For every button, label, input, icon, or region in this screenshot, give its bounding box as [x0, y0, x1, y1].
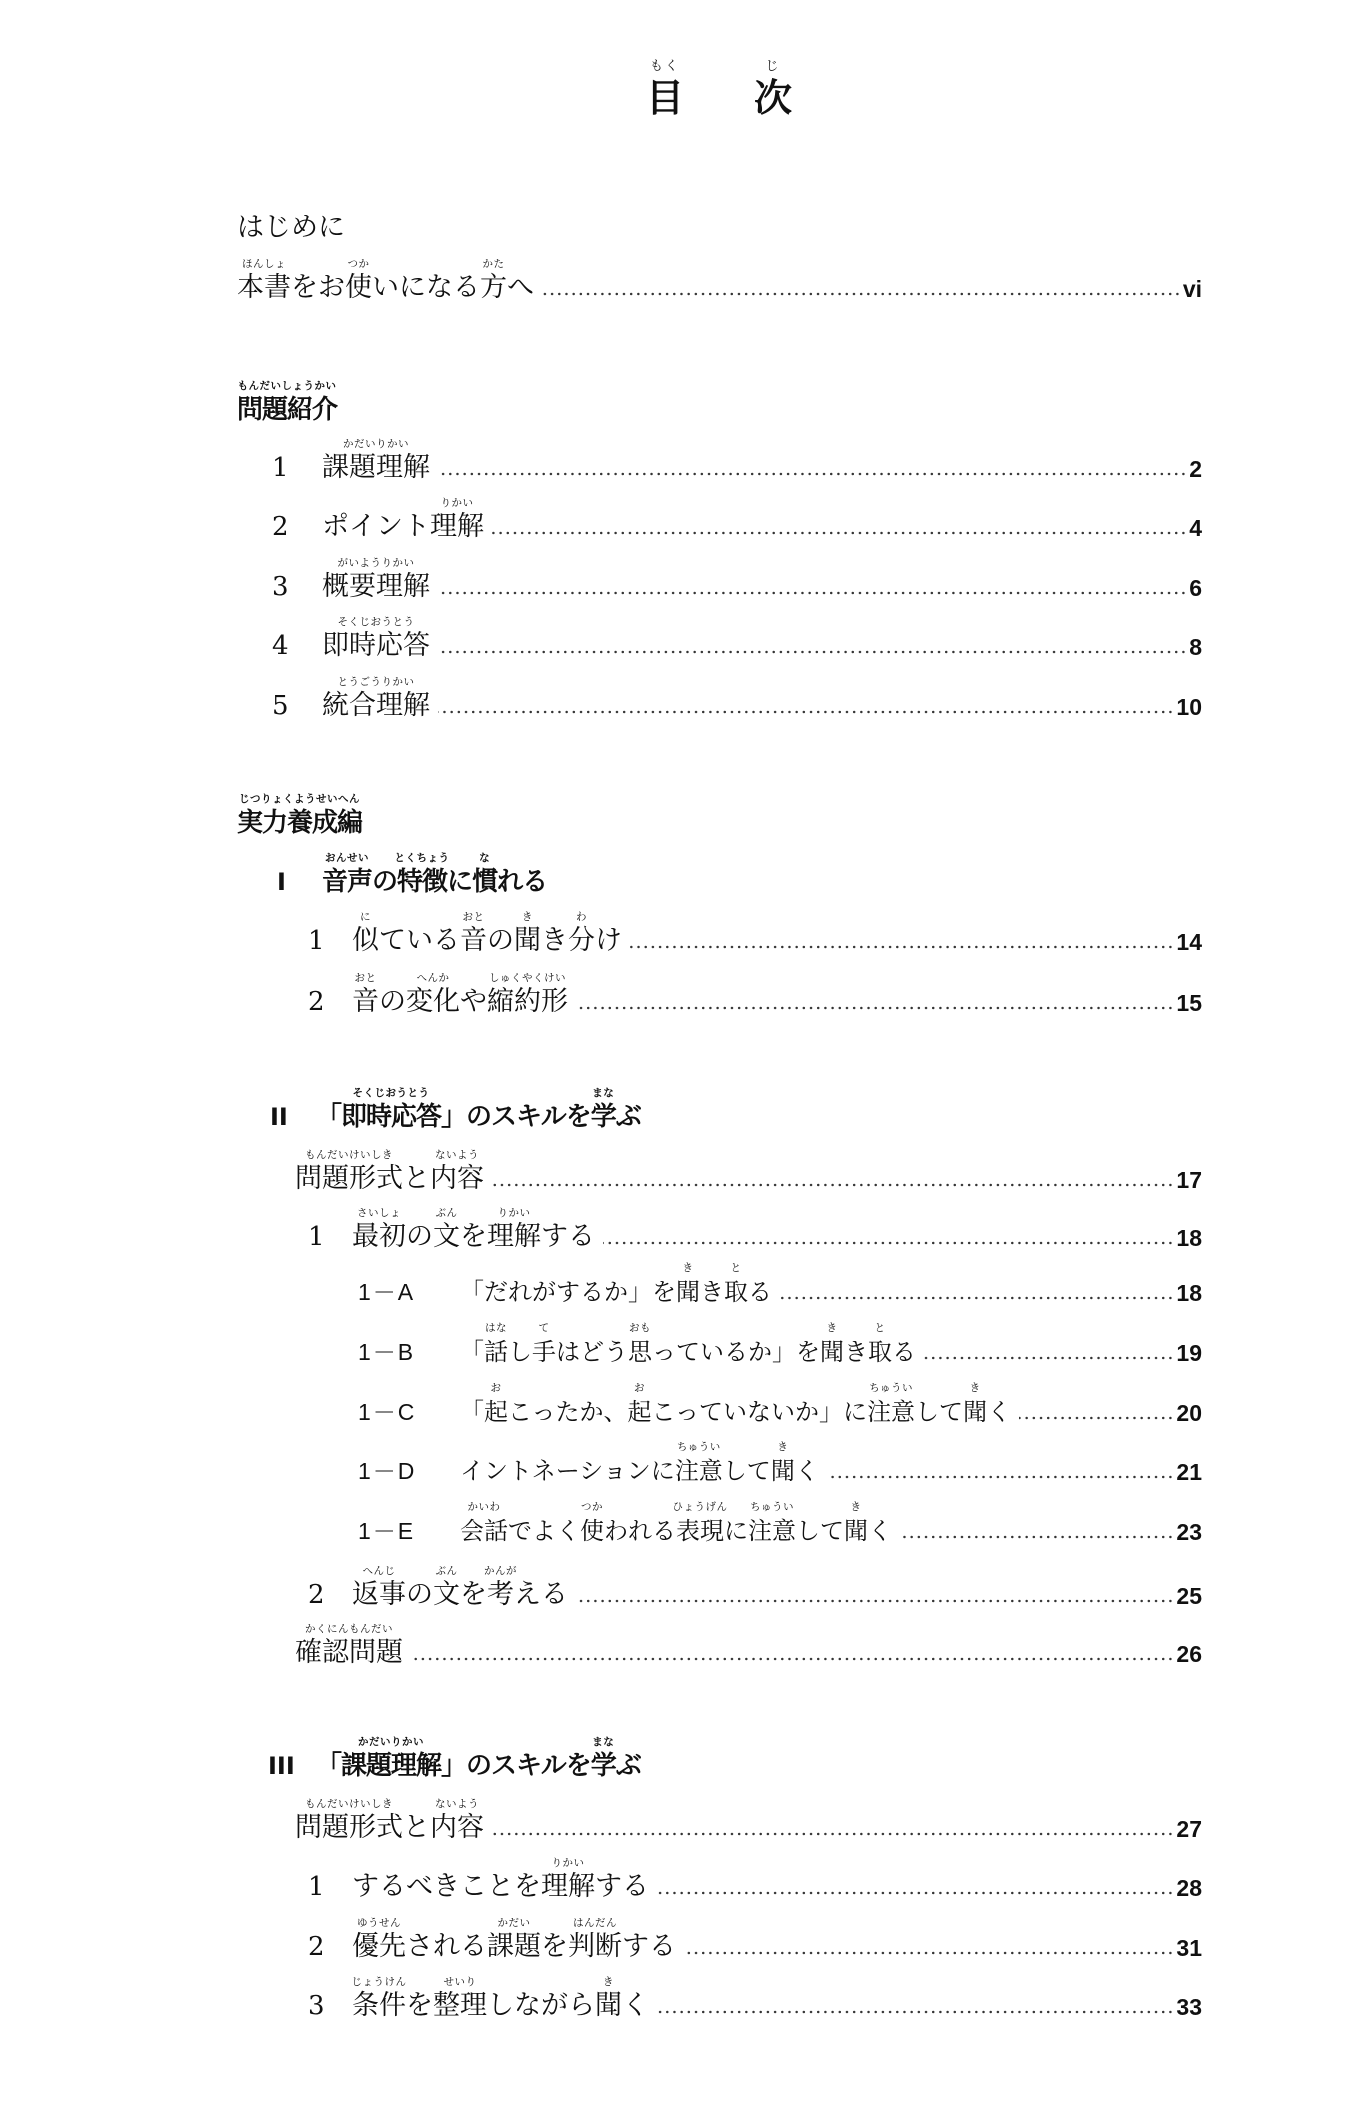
toc-entry-title: おんせい音声のとくちょう特徴にな慣れる: [322, 868, 547, 896]
segment-text: 聞: [514, 925, 541, 956]
toc-entry-number: 1: [308, 927, 325, 955]
ruby-word: かた方: [480, 274, 507, 302]
segment-text: 即時応答: [322, 630, 430, 661]
furigana: せいり: [427, 1977, 493, 1988]
furigana: つか: [574, 1502, 610, 1513]
segment-text: こっていないか」に: [652, 1398, 868, 1426]
segment-text: 話: [484, 1338, 508, 1366]
furigana: へんか: [400, 973, 466, 984]
toc-entry-title: かくにんもんだい確認問題: [295, 1639, 403, 1667]
dot-leader: [492, 1832, 1174, 1836]
toc-entry-number: 1－B: [358, 1338, 415, 1366]
furigana: へんじ: [346, 1566, 412, 1577]
segment-text: と: [403, 1812, 430, 1843]
furigana: かいわ: [454, 1502, 514, 1513]
text-segment: しながら: [487, 1992, 595, 2020]
dot-leader: [657, 1891, 1174, 1895]
furigana: ひょうげん: [670, 1502, 730, 1513]
page-number: 6: [1189, 575, 1202, 601]
furigana: ないよう: [424, 1799, 490, 1810]
furigana: と: [718, 1263, 754, 1274]
page-number: 26: [1176, 1641, 1202, 1667]
text-segment: 「: [460, 1338, 484, 1366]
text-segment: く: [622, 1992, 649, 2020]
furigana: き: [589, 1977, 628, 1988]
segment-text: 分: [568, 925, 595, 956]
text-segment: っているか」を: [652, 1338, 820, 1366]
toc-entry-title: ゆうせん優先されるかだい課題をはんだん判断する: [352, 1933, 676, 1961]
ruby-word: そくじおうとう即時応答: [341, 1103, 441, 1131]
toc-entry[interactable]: 3がいようりかい概要理解6: [0, 563, 1352, 603]
segment-text: 優先: [352, 1931, 406, 1962]
ruby-word: じょうけん条件: [352, 1992, 406, 2020]
toc-entry-title: もんだいけいしき問題形式とないよう内容: [295, 1165, 484, 1193]
segment-text: して: [796, 1517, 844, 1545]
segment-text: の: [372, 867, 397, 897]
segment-text: 文: [433, 1579, 460, 1610]
text-segment: の: [379, 988, 406, 1016]
toc-entry[interactable]: 1かだいりかい課題理解2: [0, 444, 1352, 484]
dot-leader: [438, 650, 1187, 654]
text-segment: 「: [460, 1398, 484, 1426]
furigana: りかい: [481, 1208, 547, 1219]
toc-entry-title: ポイントりかい理解: [322, 513, 484, 541]
page-number: 33: [1176, 1994, 1202, 2020]
segment-text: ている: [379, 925, 460, 956]
segment-text: 問題形式: [295, 1812, 403, 1843]
toc-entry-number: 1: [272, 454, 289, 482]
segment-text: 特徴: [397, 867, 447, 897]
dot-leader: [630, 945, 1174, 949]
toc-entry-title: もんだいしょうかい問題紹介: [237, 396, 337, 424]
text-segment: の: [372, 868, 397, 896]
segment-text: 注意: [748, 1517, 796, 1545]
segment-text: 考: [487, 1579, 514, 1610]
segment-text: 」のスキルを: [441, 1102, 591, 1132]
ruby-word: ないよう内容: [430, 1814, 484, 1842]
text-segment: するべきことを: [352, 1873, 541, 1901]
toc-section-heading: はじめに: [0, 204, 1352, 244]
furigana: かだいりかい: [316, 439, 436, 450]
toc-section-heading: III「かだいりかい課題理解」のスキルをまな学ぶ: [0, 1742, 1352, 1782]
segment-text: 方: [480, 272, 507, 303]
segment-text: する: [541, 1221, 595, 1252]
segment-text: 即時応答: [341, 1102, 441, 1132]
dot-leader: [657, 2010, 1174, 2014]
furigana: がいようりかい: [316, 558, 436, 569]
segment-text: 「だれがするか」を: [460, 1278, 676, 1306]
segment-text: 内容: [430, 1163, 484, 1194]
ruby-word: さいしょ最初: [352, 1223, 406, 1251]
text-segment: し: [508, 1338, 532, 1366]
dot-leader: [542, 292, 1181, 296]
segment-text: 統合理解: [322, 690, 430, 721]
ruby-word: つか使: [345, 274, 372, 302]
toc-entry-number: 4: [272, 632, 289, 660]
title-furigana: じ: [754, 60, 792, 74]
segment-text: っているか」を: [652, 1338, 820, 1366]
page-number: 10: [1176, 694, 1202, 720]
text-segment: こっていないか」に: [652, 1398, 868, 1426]
segment-text: して: [723, 1457, 771, 1485]
segment-text: 表現: [676, 1517, 724, 1545]
segment-text: を: [406, 1990, 433, 2021]
dot-leader: [827, 1475, 1174, 1479]
page-number: 18: [1176, 1280, 1202, 1306]
segment-text: 手: [532, 1338, 556, 1366]
text-segment: 「だれがするか」を: [460, 1278, 676, 1306]
page-number: 21: [1176, 1459, 1202, 1485]
furigana: き: [838, 1502, 874, 1513]
furigana: おと: [346, 973, 385, 984]
segment-text: える: [514, 1579, 568, 1610]
segment-text: 聞: [676, 1278, 700, 1306]
segment-text: の: [487, 925, 514, 956]
segment-text: 取: [868, 1338, 892, 1366]
segment-text: はどう: [556, 1338, 628, 1366]
ruby-word: はんだん判断: [568, 1933, 622, 1961]
segment-text: いになる: [372, 272, 480, 303]
segment-text: 聞: [771, 1457, 795, 1485]
segment-text: 「: [316, 1751, 341, 1781]
furigana: まな: [585, 1737, 622, 1748]
toc-entry-title: おと音のへんか変化やしゅくやくけい縮約形: [352, 988, 568, 1016]
toc-entry-number: II: [270, 1103, 288, 1131]
ruby-word: せいり整理: [433, 1992, 487, 2020]
ruby-word: かだい課題: [487, 1933, 541, 1961]
segment-text: 問題紹介: [237, 395, 337, 425]
ruby-word: ちゅうい注意: [675, 1457, 723, 1485]
ruby-word: に似: [352, 927, 379, 955]
text-segment: の: [406, 1581, 433, 1609]
dot-leader: [438, 591, 1187, 595]
text-segment: ている: [379, 927, 460, 955]
dot-leader: [411, 1657, 1174, 1661]
segment-text: 返事: [352, 1579, 406, 1610]
page-number: 17: [1176, 1167, 1202, 1193]
text-segment: に: [447, 868, 472, 896]
segment-text: ぶ: [616, 1102, 641, 1132]
toc-entry-title: はじめに: [237, 214, 345, 242]
furigana: おと: [454, 912, 493, 923]
furigana: ゆうせん: [346, 1918, 412, 1929]
segment-text: を: [460, 1579, 487, 1610]
ruby-word: りかい理解: [487, 1223, 541, 1251]
toc-entry[interactable]: 1－C「お起こったか、お起こっていないか」にちゅうい注意してき聞く20: [0, 1388, 1352, 1428]
segment-text: 変化: [406, 986, 460, 1017]
toc-entry[interactable]: もんだいけいしき問題形式とないよう内容17: [0, 1155, 1352, 1195]
toc-entry-title: 「そくじおうとう即時応答」のスキルをまな学ぶ: [316, 1103, 641, 1131]
furigana: お: [622, 1383, 658, 1394]
text-segment: に: [724, 1517, 748, 1545]
segment-text: 確認問題: [295, 1637, 403, 1668]
text-segment: る: [892, 1338, 916, 1366]
ruby-word: き聞: [676, 1278, 700, 1306]
toc-entry-title: イントネーションにちゅうい注意してき聞く: [460, 1457, 819, 1485]
toc-entry-number: 3: [272, 573, 289, 601]
toc-entry-number: 1: [308, 1873, 325, 1901]
segment-text: 最初: [352, 1221, 406, 1252]
segment-text: れる: [497, 867, 547, 897]
text-segment: ポイント: [322, 513, 430, 541]
toc-entry[interactable]: 1－B「はな話して手はどうおも思っているか」をき聞きと取る19: [0, 1328, 1352, 1368]
toc-section-heading: Iおんせい音声のとくちょう特徴にな慣れる: [0, 858, 1352, 898]
text-segment: イントネーションに: [460, 1457, 675, 1485]
segment-text: と: [403, 1163, 430, 1194]
dot-leader: [492, 1183, 1174, 1187]
text-segment: はどう: [556, 1338, 628, 1366]
segment-text: に: [724, 1517, 748, 1545]
ruby-word: かいわ会話: [460, 1517, 508, 1545]
segment-text: 判断: [568, 1931, 622, 1962]
dot-leader: [684, 1951, 1174, 1955]
text-segment: の: [406, 1223, 433, 1251]
furigana: おんせい: [316, 853, 378, 864]
toc-entry-title: じつりょくようせいへん実力養成編: [237, 809, 362, 837]
furigana: き: [765, 1442, 801, 1453]
ruby-word: はな話: [484, 1338, 508, 1366]
furigana: き: [814, 1323, 850, 1334]
segment-text: 音声: [322, 867, 372, 897]
toc-entry-number: 1－C: [358, 1398, 416, 1426]
segment-text: の: [406, 1221, 433, 1252]
text-segment: る: [748, 1278, 772, 1306]
toc-entry-number: III: [268, 1752, 295, 1780]
text-segment: 」のスキルを: [441, 1103, 591, 1131]
ruby-word: て手: [532, 1338, 556, 1366]
segment-text: ポイント: [322, 511, 430, 542]
text-segment: いになる: [372, 274, 480, 302]
furigana: もんだいけいしき: [289, 1150, 409, 1161]
furigana: りかい: [424, 498, 490, 509]
page-number: 2: [1189, 456, 1202, 482]
furigana: き: [670, 1263, 706, 1274]
segment-text: 学: [591, 1102, 616, 1132]
furigana: そくじおうとう: [316, 617, 436, 628]
title-char-ji: じ 次: [754, 78, 792, 118]
text-segment: く: [868, 1517, 892, 1545]
page-number: 20: [1176, 1400, 1202, 1426]
text-segment: を: [460, 1223, 487, 1251]
segment-text: や: [460, 986, 487, 1017]
toc-entry[interactable]: 1－Eかいわ会話でよくつか使われるひょうげん表現にちゅうい注意してき聞く23: [0, 1507, 1352, 1547]
toc-entry[interactable]: 1－A「だれがするか」をき聞きと取る18: [0, 1268, 1352, 1308]
segment-text: の: [406, 1579, 433, 1610]
text-segment: へ: [507, 274, 534, 302]
furigana: かだいりかい: [335, 1737, 447, 1748]
page-number: 23: [1176, 1519, 1202, 1545]
ruby-word: まな学: [591, 1103, 616, 1131]
ruby-word: お起: [628, 1398, 652, 1426]
toc-entry-title: へんじ返事のぶん文をかんが考える: [352, 1581, 568, 1609]
furigana: ぶん: [427, 1566, 466, 1577]
ruby-word: つか使: [580, 1517, 604, 1545]
segment-text: 整理: [433, 1990, 487, 2021]
dot-leader: [576, 1006, 1174, 1010]
segment-text: 使: [345, 272, 372, 303]
ruby-word: もんだいけいしき問題形式: [295, 1165, 403, 1193]
ruby-word: き聞: [820, 1338, 844, 1366]
ruby-word: ひょうげん表現: [676, 1517, 724, 1545]
toc-entry[interactable]: 3じょうけん条件をせいり整理しながらき聞く33: [0, 1982, 1352, 2022]
text-segment: して: [723, 1457, 771, 1485]
segment-text: を: [541, 1931, 568, 1962]
segment-text: 」のスキルを: [441, 1751, 591, 1781]
segment-text: するべきことを: [352, 1871, 541, 1902]
toc-entry[interactable]: ほんしょ本書をおつか使いになるかた方へvi: [0, 264, 1352, 304]
toc-entry[interactable]: かくにんもんだい確認問題26: [0, 1629, 1352, 1669]
toc-entry[interactable]: 1－Dイントネーションにちゅうい注意してき聞く21: [0, 1447, 1352, 1487]
segment-text: 似: [352, 925, 379, 956]
text-segment: 「: [316, 1752, 341, 1780]
toc-entry-title: じょうけん条件をせいり整理しながらき聞く: [352, 1992, 649, 2020]
segment-text: こったか、: [508, 1398, 628, 1426]
text-segment: き: [844, 1338, 868, 1366]
toc-entry-title: するべきことをりかい理解する: [352, 1873, 649, 1901]
segment-text: 聞: [595, 1990, 622, 2021]
ruby-word: ちゅうい注意: [748, 1517, 796, 1545]
ruby-word: しゅくやくけい縮約形: [487, 988, 568, 1016]
ruby-word: とくちょう特徴: [397, 868, 447, 896]
text-segment: こったか、: [508, 1398, 628, 1426]
segment-text: 慣: [472, 867, 497, 897]
segment-text: われる: [604, 1517, 676, 1545]
text-segment: く: [795, 1457, 819, 1485]
segment-text: 条件: [352, 1990, 406, 2021]
segment-text: する: [622, 1931, 676, 1962]
segment-text: 起: [484, 1398, 508, 1426]
ruby-word: へんか変化: [406, 988, 460, 1016]
text-segment: を: [541, 1933, 568, 1961]
segment-text: 理解: [541, 1871, 595, 1902]
toc-entry-number: 5: [272, 692, 289, 720]
segment-text: 思: [628, 1338, 652, 1366]
furigana: そくじおうとう: [335, 1088, 447, 1099]
toc-entry[interactable]: 2ゆうせん優先されるかだい課題をはんだん判断する31: [0, 1923, 1352, 1963]
segment-text: 課題理解: [341, 1751, 441, 1781]
segment-text: はじめに: [237, 212, 345, 243]
text-segment: して: [915, 1398, 963, 1426]
segment-text: 理解: [430, 511, 484, 542]
page-number: 4: [1189, 515, 1202, 541]
page-number: vi: [1183, 276, 1202, 302]
text-segment: える: [514, 1581, 568, 1609]
page-number: 31: [1176, 1935, 1202, 1961]
ruby-word: がいようりかい概要理解: [322, 573, 430, 601]
segment-text: 聞: [844, 1517, 868, 1545]
ruby-word: と取: [724, 1278, 748, 1306]
title-char-moku: もく 目: [646, 78, 684, 118]
page-number: 28: [1176, 1875, 1202, 1901]
toc-entry[interactable]: 2へんじ返事のぶん文をかんが考える25: [0, 1571, 1352, 1611]
dot-leader: [438, 710, 1174, 714]
ruby-word: と取: [868, 1338, 892, 1366]
segment-text: 学: [591, 1751, 616, 1781]
furigana: もんだいけいしき: [289, 1799, 409, 1810]
dot-leader: [576, 1599, 1174, 1603]
toc-entry[interactable]: 5とうごうりかい統合理解10: [0, 682, 1352, 722]
segment-text: 文: [433, 1221, 460, 1252]
ruby-word: りかい理解: [430, 513, 484, 541]
segment-text: 音: [460, 925, 487, 956]
page-number: 25: [1176, 1583, 1202, 1609]
segment-text: 課題: [487, 1931, 541, 1962]
ruby-word: おも思: [628, 1338, 652, 1366]
toc-entry-title: かいわ会話でよくつか使われるひょうげん表現にちゅうい注意してき聞く: [460, 1517, 892, 1545]
segment-text: をお: [291, 272, 345, 303]
furigana: ちゅうい: [742, 1502, 802, 1513]
segment-text: 聞: [963, 1398, 987, 1426]
toc-entry-title: かだいりかい課題理解: [322, 454, 430, 482]
segment-text: く: [987, 1398, 1011, 1426]
toc-entry[interactable]: 4そくじおうとう即時応答8: [0, 622, 1352, 662]
furigana: に: [346, 912, 385, 923]
segment-text: き: [541, 925, 568, 956]
text-segment: と: [403, 1165, 430, 1193]
ruby-word: かだいりかい課題理解: [341, 1752, 441, 1780]
segment-text: イントネーションに: [460, 1457, 675, 1485]
page-number: 27: [1176, 1816, 1202, 1842]
toc-entry[interactable]: 1するべきことをりかい理解する28: [0, 1863, 1352, 1903]
segment-text: 「: [460, 1398, 484, 1426]
ruby-word: おと音: [352, 988, 379, 1016]
segment-text: 注意: [867, 1398, 915, 1426]
furigana: つか: [339, 259, 378, 270]
text-segment: と: [403, 1814, 430, 1842]
ruby-word: りかい理解: [541, 1873, 595, 1901]
segment-text: を: [460, 1221, 487, 1252]
toc-section-heading: II「そくじおうとう即時応答」のスキルをまな学ぶ: [0, 1093, 1352, 1133]
toc-entry[interactable]: 2おと音のへんか変化やしゅくやくけい縮約形15: [0, 978, 1352, 1018]
page-number: 8: [1189, 634, 1202, 660]
furigana: ないよう: [424, 1150, 490, 1161]
page-number: 15: [1176, 990, 1202, 1016]
furigana: き: [957, 1383, 993, 1394]
furigana: き: [508, 912, 547, 923]
text-segment: ぶ: [616, 1752, 641, 1780]
ruby-word: まな学: [591, 1752, 616, 1780]
furigana: じつりょくようせいへん: [231, 794, 368, 805]
toc-entry[interactable]: 1に似ているおと音のき聞きわ分け14: [0, 917, 1352, 957]
text-segment: される: [406, 1933, 487, 1961]
segment-text: 本書: [237, 272, 291, 303]
ruby-word: おと音: [460, 927, 487, 955]
toc-entry[interactable]: もんだいけいしき問題形式とないよう内容27: [0, 1804, 1352, 1844]
text-segment: する: [595, 1873, 649, 1901]
furigana: まな: [585, 1088, 622, 1099]
toc-entry[interactable]: 1さいしょ最初のぶん文をりかい理解する18: [0, 1213, 1352, 1253]
text-segment: する: [541, 1223, 595, 1251]
toc-section-heading: もんだいしょうかい問題紹介: [0, 386, 1352, 426]
title-furigana: もく: [646, 60, 684, 74]
segment-text: る: [892, 1338, 916, 1366]
page-number: 18: [1176, 1225, 1202, 1251]
furigana: じょうけん: [346, 1977, 412, 1988]
dot-leader: [900, 1535, 1174, 1539]
segment-text: に: [447, 867, 472, 897]
ruby-word: へんじ返事: [352, 1581, 406, 1609]
ruby-word: ないよう内容: [430, 1165, 484, 1193]
toc-entry[interactable]: 2ポイントりかい理解4: [0, 503, 1352, 543]
toc-entry-title: 「かだいりかい課題理解」のスキルをまな学ぶ: [316, 1752, 641, 1780]
furigana: ちゅうい: [669, 1442, 729, 1453]
furigana: お: [478, 1383, 514, 1394]
text-segment: を: [460, 1581, 487, 1609]
segment-text: する: [595, 1871, 649, 1902]
segment-text: へ: [507, 272, 534, 303]
text-segment: を: [406, 1992, 433, 2020]
segment-text: 聞: [820, 1338, 844, 1366]
